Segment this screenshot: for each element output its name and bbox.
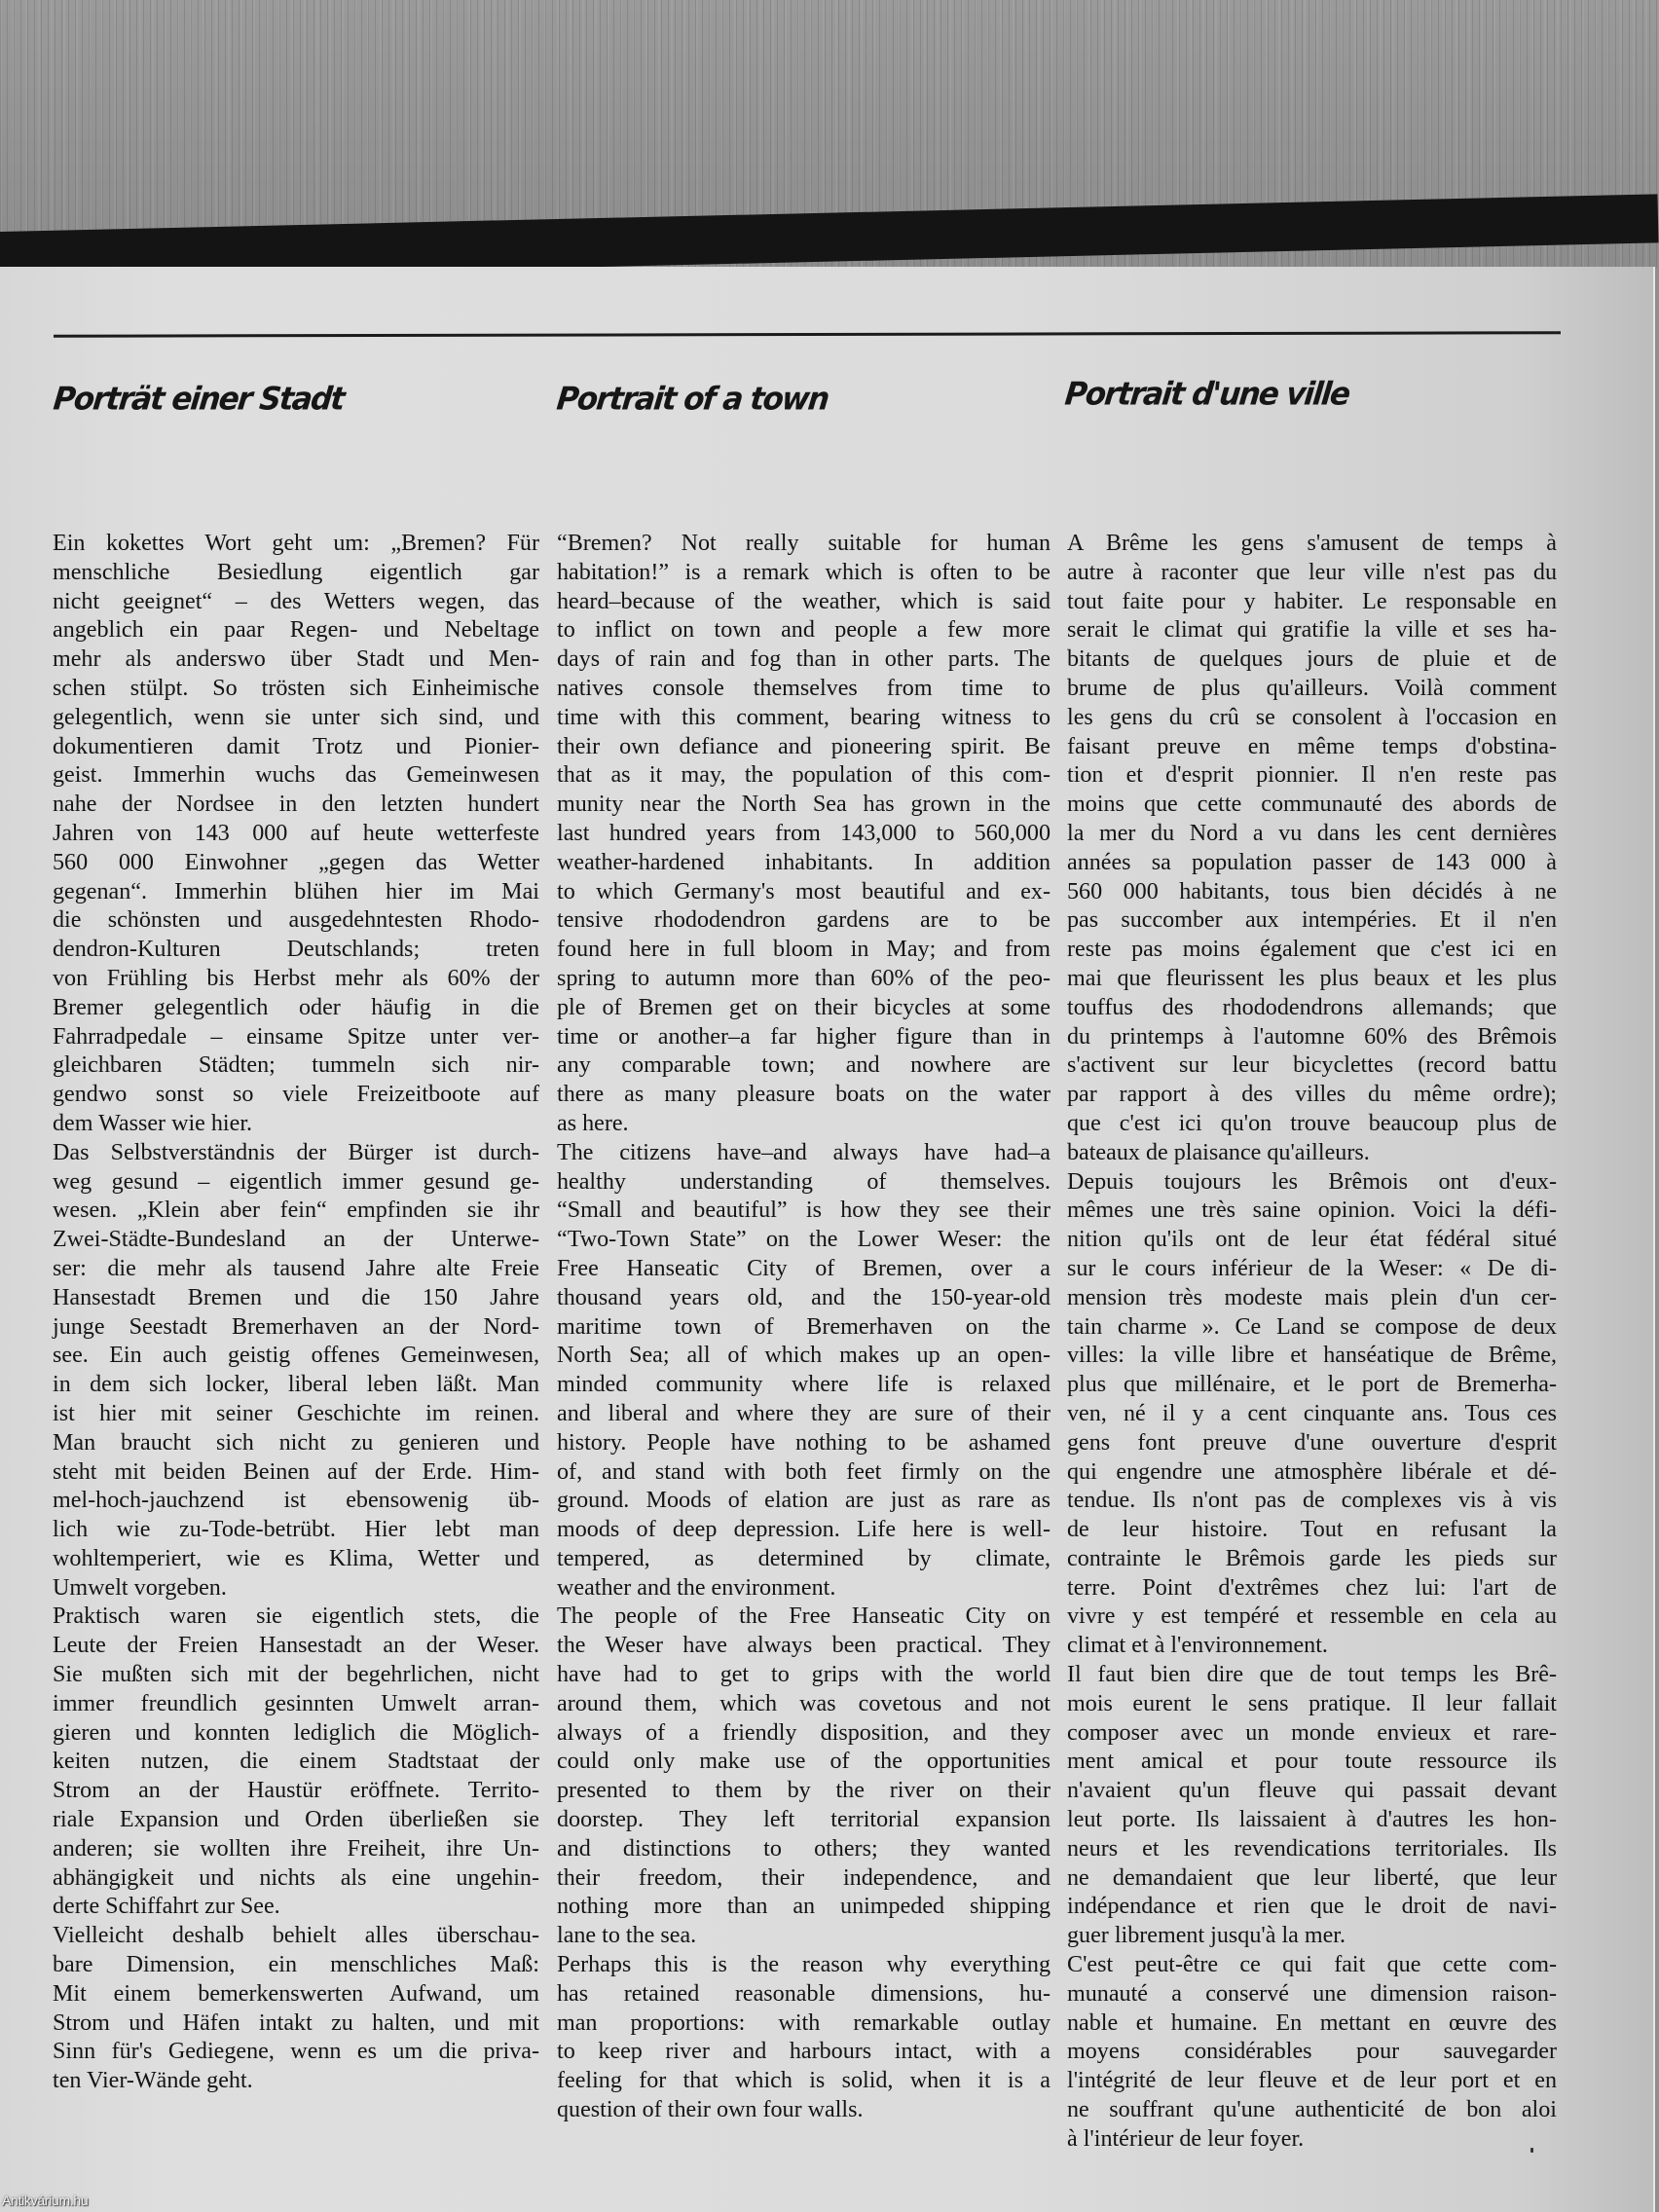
- text-line: terre. Point d'extrêmes chez lui: l'art …: [1067, 1574, 1557, 1604]
- text-line: Free Hanseatic City of Bremen, over a: [557, 1255, 1051, 1284]
- text-line: Sinn für's Gediegene, wenn es um die pri…: [53, 2038, 539, 2067]
- text-line: to keep river and harbours intact, with …: [557, 2038, 1051, 2067]
- text-line: ven, né il y a cent cinquante ans. Tous …: [1067, 1400, 1557, 1429]
- text-line: mehr als anderswo über Stadt und Men-: [53, 645, 539, 675]
- text-line: maritime town of Bremerhaven on the: [557, 1313, 1051, 1343]
- text-line: ten Vier-Wände geht.: [53, 2067, 539, 2096]
- text-line: feeling for that which is solid, when it…: [557, 2067, 1051, 2096]
- text-line: tempered, as determined by climate,: [557, 1545, 1051, 1574]
- text-line: l'intégrité de leur fleuve et de leur po…: [1067, 2067, 1557, 2096]
- text-line: gieren und konnten lediglich die Möglich…: [53, 1719, 539, 1749]
- text-line: tout faite pour y habiter. Le responsabl…: [1067, 588, 1557, 617]
- text-line: pas succomber aux intempéries. Et il n'e…: [1067, 906, 1557, 936]
- text-line: weg gesund – eigentlich immer gesund ge-: [53, 1168, 539, 1198]
- text-line: dokumentieren damit Trotz und Pionier-: [53, 733, 539, 762]
- text-line: “Two-Town State” on the Lower Weser: the: [557, 1226, 1051, 1255]
- text-line: ple of Bremen get on their bicycles at s…: [557, 994, 1051, 1023]
- watermark-logo: Antikvárium.hu: [2, 2193, 88, 2208]
- text-line: gleichbaren Städten; tummeln sich nir-: [53, 1051, 539, 1081]
- text-line: anderen; sie wollten ihre Freiheit, ihre…: [53, 1835, 539, 1864]
- text-line: climat et à l'environnement.: [1067, 1632, 1557, 1661]
- text-line: mension très modeste mais plein d'un cer…: [1067, 1284, 1557, 1313]
- text-line: années sa population passer de 143 000 à: [1067, 849, 1557, 878]
- text-line: bateaux de plaisance qu'ailleurs.: [1067, 1139, 1557, 1168]
- text-line: has retained reasonable dimensions, hu-: [557, 1980, 1051, 2009]
- text-line: weather and the environment.: [557, 1574, 1051, 1604]
- text-line: ne souffrant qu'une authenticité de bon …: [1067, 2096, 1557, 2125]
- text-line: mai que fleurissent les plus beaux et le…: [1067, 965, 1557, 994]
- text-line: du printemps à l'automne 60% des Brêmois: [1067, 1023, 1557, 1052]
- text-line: de leur histoire. Tout en refusant la: [1067, 1516, 1557, 1545]
- text-line: Hansestadt Bremen und die 150 Jahre: [53, 1284, 539, 1313]
- text-line: healthy understanding of themselves.: [557, 1168, 1051, 1198]
- text-line: lane to the sea.: [557, 1922, 1051, 1951]
- text-line: contrainte le Brêmois garde les pieds su…: [1067, 1545, 1557, 1574]
- text-line: time or another–a far higher figure than…: [557, 1023, 1051, 1052]
- text-line: abhängigkeit und nichts als eine ungehin…: [53, 1864, 539, 1894]
- text-line: to which Germany's most beautiful and ex…: [557, 878, 1051, 907]
- text-line: moyens considérables pour sauvegarder: [1067, 2038, 1557, 2067]
- text-line: always of a friendly disposition, and th…: [557, 1719, 1051, 1749]
- text-line: The people of the Free Hanseatic City on: [557, 1603, 1051, 1632]
- text-line: minded community where life is relaxed: [557, 1371, 1051, 1400]
- text-line: Depuis toujours les Brêmois ont d'eux-: [1067, 1168, 1557, 1198]
- text-line: riale Expansion und Orden überließen sie: [53, 1806, 539, 1835]
- text-line: Das Selbstverständnis der Bürger ist dur…: [53, 1139, 539, 1168]
- text-line: lich wie zu-Tode-betrübt. Hier lebt man: [53, 1516, 539, 1545]
- text-line: natives console themselves from time to: [557, 675, 1051, 704]
- paper-speck: [1530, 2148, 1533, 2153]
- text-line: man proportions: with remarkable outlay: [557, 2009, 1051, 2039]
- text-line: immer freundlich gesinnten Umwelt arran-: [53, 1690, 539, 1719]
- text-line: spring to autumn more than 60% of the pe…: [557, 965, 1051, 994]
- book-page: Porträt einer Stadt Portrait of a town P…: [0, 267, 1655, 2212]
- text-line: have had to get to grips with the world: [557, 1661, 1051, 1690]
- text-line: 560 000 habitants, tous bien décidés à n…: [1067, 878, 1557, 907]
- text-line: vivre y est tempéré et ressemble en cela…: [1067, 1603, 1557, 1632]
- text-line: question of their own four walls.: [557, 2096, 1051, 2125]
- text-line: ment amical et pour toute ressource ils: [1067, 1748, 1557, 1777]
- heading-english: Portrait of a town: [555, 381, 829, 418]
- text-line: bitants de quelques jours de pluie et de: [1067, 645, 1557, 675]
- text-line: their own defiance and pioneering spirit…: [557, 733, 1051, 762]
- text-line: derte Schiffahrt zur See.: [53, 1893, 539, 1922]
- text-line: mêmes une très saine opinion. Voici la d…: [1067, 1197, 1557, 1226]
- top-rule-divider: [54, 331, 1561, 338]
- text-line: history. People have nothing to be asham…: [557, 1429, 1051, 1458]
- text-line: their freedom, their independence, and: [557, 1864, 1051, 1894]
- text-line: tion et d'esprit pionnier. Il n'en reste…: [1067, 761, 1557, 791]
- text-line: faisant preuve en même temps d'obstina-: [1067, 733, 1557, 762]
- column-french: A Brême les gens s'amusent de temps àaut…: [1067, 530, 1557, 2155]
- text-line: nothing more than an unimpeded shipping: [557, 1893, 1051, 1922]
- text-line: von Frühling bis Herbst mehr als 60% der: [53, 965, 539, 994]
- text-line: brume de plus qu'ailleurs. Voilà comment: [1067, 675, 1557, 704]
- text-line: of, and stand with both feet firmly on t…: [557, 1458, 1051, 1488]
- text-line: Leute der Freien Hansestadt an der Weser…: [53, 1632, 539, 1661]
- text-line: touffus des rhododendrons allemands; que: [1067, 994, 1557, 1023]
- text-line: North Sea; all of which makes up an open…: [557, 1342, 1051, 1371]
- text-line: nable et humaine. En mettant en œuvre de…: [1067, 2009, 1557, 2039]
- text-line: nahe der Nordsee in den letzten hundert: [53, 791, 539, 820]
- heading-french: Portrait d'une ville: [1063, 376, 1350, 413]
- text-line: villes: la ville libre et hanséatique de…: [1067, 1342, 1557, 1371]
- text-line: heard–because of the weather, which is s…: [557, 588, 1051, 617]
- text-line: ground. Moods of elation are just as rar…: [557, 1487, 1051, 1516]
- text-line: tendue. Ils n'ont pas de complexes vis à…: [1067, 1487, 1557, 1516]
- heading-german: Porträt einer Stadt: [52, 381, 346, 418]
- text-line: moods of deep depression. Life here is w…: [557, 1516, 1051, 1545]
- text-line: gelegentlich, wenn sie unter sich sind, …: [53, 704, 539, 733]
- text-line: 560 000 Einwohner „gegen das Wetter: [53, 849, 539, 878]
- text-line: s'activent sur leur bicyclettes (record …: [1067, 1051, 1557, 1081]
- text-line: Sie mußten sich mit der begehrlichen, ni…: [53, 1661, 539, 1690]
- text-line: die schönsten und ausgedehntesten Rhodo-: [53, 906, 539, 936]
- text-line: to inflict on town and people a few more: [557, 616, 1051, 645]
- text-line: angeblich ein paar Regen- und Nebeltage: [53, 616, 539, 645]
- text-line: the Weser have always been practical. Th…: [557, 1632, 1051, 1661]
- text-line: reste pas moins également que c'est ici …: [1067, 936, 1557, 965]
- text-line: junge Seestadt Bremerhaven an der Nord-: [53, 1313, 539, 1343]
- text-line: Perhaps this is the reason why everythin…: [557, 1951, 1051, 1980]
- text-line: que c'est ici qu'on trouve beaucoup plus…: [1067, 1110, 1557, 1139]
- text-line: nicht geeignet“ – des Wetters wegen, das: [53, 588, 539, 617]
- text-line: could only make use of the opportunities: [557, 1748, 1051, 1777]
- text-line: mois eurent le sens pratique. Il leur fa…: [1067, 1690, 1557, 1719]
- text-line: n'avaient qu'un fleuve qui passait devan…: [1067, 1777, 1557, 1806]
- text-line: that as it may, the population of this c…: [557, 761, 1051, 791]
- text-line: Umwelt vorgeben.: [53, 1574, 539, 1604]
- text-line: gegenan“. Immerhin blühen hier im Mai: [53, 878, 539, 907]
- text-line: tensive rhododendron gardens are to be: [557, 906, 1051, 936]
- text-line: Bremer gelegentlich oder häufig in die: [53, 994, 539, 1023]
- text-line: Zwei-Städte-Bundesland an der Unterwe-: [53, 1226, 539, 1255]
- text-line: days of rain and fog than in other parts…: [557, 645, 1051, 675]
- text-line: ist hier mit seiner Geschichte im reinen…: [53, 1400, 539, 1429]
- text-line: guer librement jusqu'à la mer.: [1067, 1922, 1557, 1951]
- text-line: doorstep. They left territorial expansio…: [557, 1806, 1051, 1835]
- text-line: bare Dimension, ein menschliches Maß:: [53, 1951, 539, 1980]
- text-line: around them, which was covetous and not: [557, 1690, 1051, 1719]
- text-line: tain charme ». Ce Land se compose de deu…: [1067, 1313, 1557, 1343]
- text-line: Vielleicht deshalb behielt alles übersch…: [53, 1922, 539, 1951]
- text-line: The citizens have–and always have had–a: [557, 1139, 1051, 1168]
- text-line: par rapport à des villes du même ordre);: [1067, 1081, 1557, 1110]
- column-german: Ein kokettes Wort geht um: „Bremen? Fürm…: [53, 530, 539, 2096]
- text-line: found here in full bloom in May; and fro…: [557, 936, 1051, 965]
- text-line: time with this comment, bearing witness …: [557, 704, 1051, 733]
- text-line: A Brême les gens s'amusent de temps à: [1067, 530, 1557, 559]
- text-line: serait le climat qui gratifie la ville e…: [1067, 616, 1557, 645]
- text-line: autre à raconter que leur ville n'est pa…: [1067, 559, 1557, 588]
- text-line: gendwo sonst so viele Freizeitboote auf: [53, 1081, 539, 1110]
- text-line: schen stülpt. So trösten sich Einheimisc…: [53, 675, 539, 704]
- text-line: indépendance et rien que le droit de nav…: [1067, 1893, 1557, 1922]
- text-line: geist. Immerhin wuchs das Gemeinwesen: [53, 761, 539, 791]
- text-line: weather-hardened inhabitants. In additio…: [557, 849, 1051, 878]
- text-line: Man braucht sich nicht zu genieren und: [53, 1429, 539, 1458]
- text-line: ser: die mehr als tausend Jahre alte Fre…: [53, 1255, 539, 1284]
- text-line: composer avec un monde envieux et rare-: [1067, 1719, 1557, 1749]
- text-line: dendron-Kulturen Deutschlands; treten: [53, 936, 539, 965]
- text-line: keiten nutzen, die einem Stadtstaat der: [53, 1748, 539, 1777]
- text-line: munauté a conservé une dimension raison-: [1067, 1980, 1557, 2009]
- text-line: dem Wasser wie hier.: [53, 1110, 539, 1139]
- text-line: wesen. „Klein aber fein“ empfinden sie i…: [53, 1197, 539, 1226]
- text-line: la mer du Nord a vu dans les cent derniè…: [1067, 820, 1557, 849]
- text-line: ne demandaient que leur liberté, que leu…: [1067, 1864, 1557, 1894]
- text-line: Fahrradpedale – einsame Spitze unter ver…: [53, 1023, 539, 1052]
- text-line: and distinctions to others; they wanted: [557, 1835, 1051, 1864]
- text-line: “Bremen? Not really suitable for human: [557, 530, 1051, 559]
- text-line: Mit einem bemerkenswerten Aufwand, um: [53, 1980, 539, 2009]
- text-line: Praktisch waren sie eigentlich stets, di…: [53, 1603, 539, 1632]
- text-line: any comparable town; and nowhere are: [557, 1051, 1051, 1081]
- text-line: Jahren von 143 000 auf heute wetterfeste: [53, 820, 539, 849]
- text-line: steht mit beiden Beinen auf der Erde. Hi…: [53, 1458, 539, 1488]
- text-line: sur le cours inférieur de la Weser: « De…: [1067, 1255, 1557, 1284]
- text-line: Il faut bien dire que de tout temps les …: [1067, 1661, 1557, 1690]
- text-line: leut porte. Ils laissaient à d'autres le…: [1067, 1806, 1557, 1835]
- text-line: munity near the North Sea has grown in t…: [557, 791, 1051, 820]
- text-line: presented to them by the river on their: [557, 1777, 1051, 1806]
- text-line: les gens du crû se consolent à l'occasio…: [1067, 704, 1557, 733]
- text-line: habitation!” is a remark which is often …: [557, 559, 1051, 588]
- text-line: à l'intérieur de leur foyer.: [1067, 2125, 1557, 2155]
- text-line: C'est peut-être ce qui fait que cette co…: [1067, 1951, 1557, 1980]
- text-line: moins que cette communauté des abords de: [1067, 791, 1557, 820]
- text-line: in dem sich locker, liberal leben läßt. …: [53, 1371, 539, 1400]
- text-line: wohltemperiert, wie es Klima, Wetter und: [53, 1545, 539, 1574]
- text-line: neurs et les revendications territoriale…: [1067, 1835, 1557, 1864]
- text-line: Ein kokettes Wort geht um: „Bremen? Für: [53, 530, 539, 559]
- column-english: “Bremen? Not really suitable for humanha…: [557, 530, 1051, 2125]
- text-line: Strom an der Haustür eröffnete. Territo-: [53, 1777, 539, 1806]
- text-line: plus que millénaire, et le port de Breme…: [1067, 1371, 1557, 1400]
- text-line: there as many pleasure boats on the wate…: [557, 1081, 1051, 1110]
- text-line: nition qu'ils ont de leur état fédéral s…: [1067, 1226, 1557, 1255]
- text-line: see. Ein auch geistig offenes Gemeinwese…: [53, 1342, 539, 1371]
- text-line: qui engendre une atmosphère libérale et …: [1067, 1458, 1557, 1488]
- text-line: gens font preuve d'une ouverture d'espri…: [1067, 1429, 1557, 1458]
- text-line: and liberal and where they are sure of t…: [557, 1400, 1051, 1429]
- text-line: as here.: [557, 1110, 1051, 1139]
- text-line: menschliche Besiedlung eigentlich gar: [53, 559, 539, 588]
- text-line: “Small and beautiful” is how they see th…: [557, 1197, 1051, 1226]
- text-line: thousand years old, and the 150-year-old: [557, 1284, 1051, 1313]
- text-line: Strom und Häfen intakt zu halten, und mi…: [53, 2009, 539, 2039]
- text-line: last hundred years from 143,000 to 560,0…: [557, 820, 1051, 849]
- text-line: mel-hoch-jauchzend ist ebensowenig üb-: [53, 1487, 539, 1516]
